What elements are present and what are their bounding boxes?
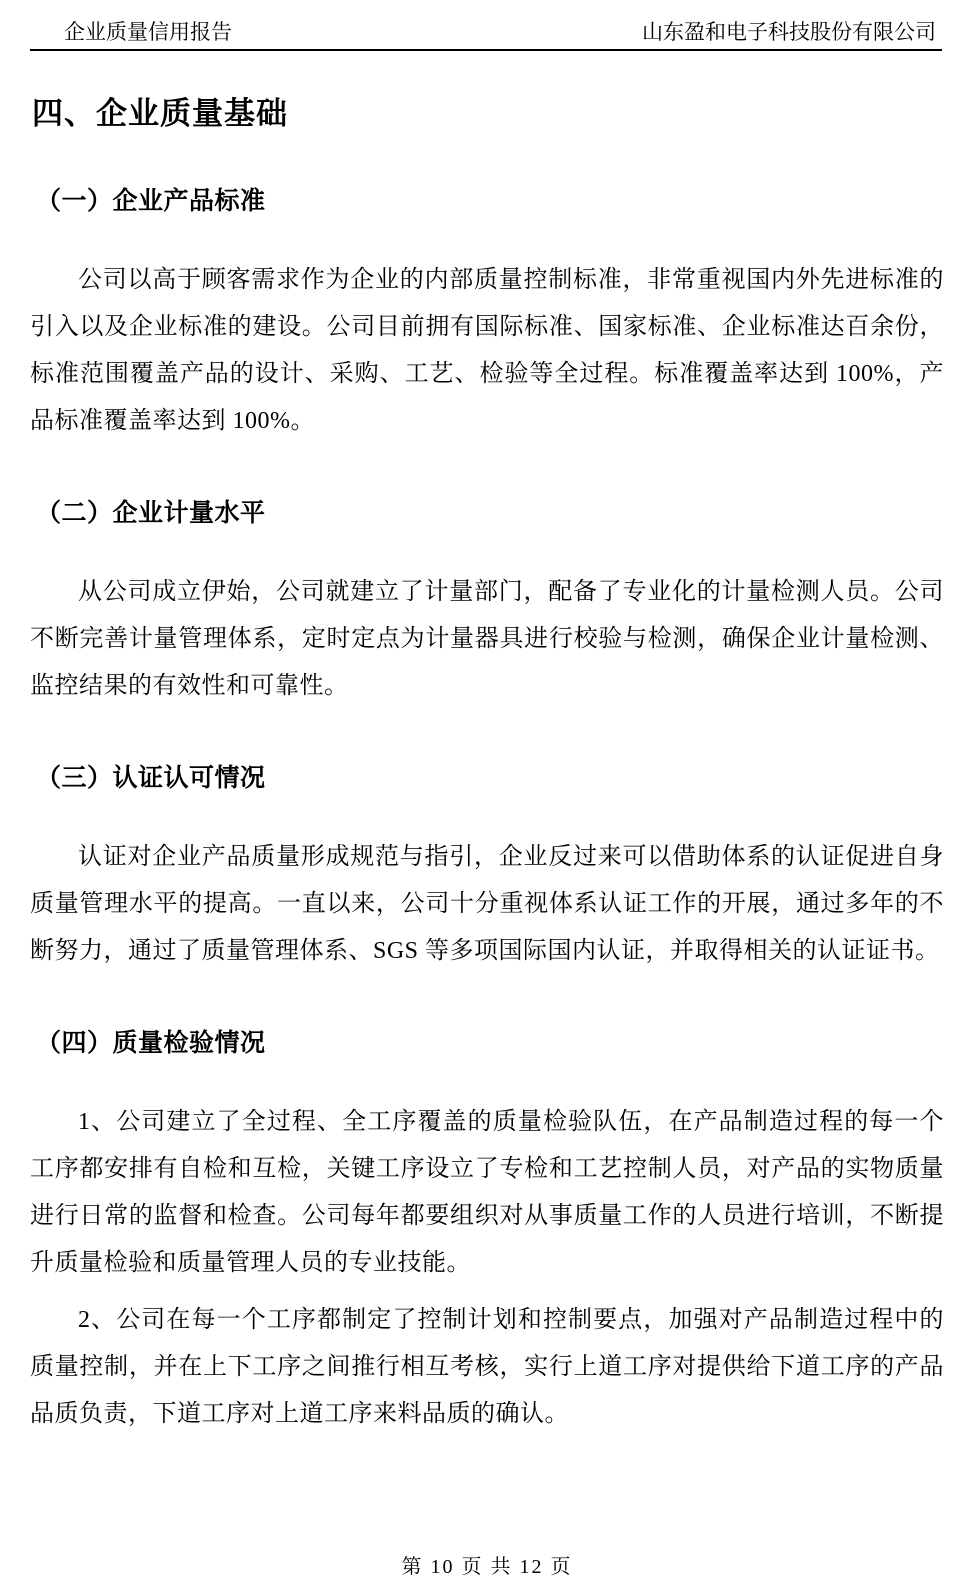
header-company-name: 山东盈和电子科技股份有限公司 [642,18,936,46]
section-heading-product-standards: （一）企业产品标准 [36,185,944,217]
page-number: 第 10 页 共 12 页 [0,1550,974,1579]
section-heading-metrology-level: （二）企业计量水平 [36,497,944,529]
page-header: 企业质量信用报告 山东盈和电子科技股份有限公司 [34,18,940,46]
page-title: 四、企业质量基础 [32,95,944,133]
section-quality-inspection-paragraph-2: 2、公司在每一个工序都制定了控制计划和控制要点，加强对产品制造过程中的质量控制，… [30,1297,944,1438]
document-page: 企业质量信用报告 山东盈和电子科技股份有限公司 四、企业质量基础 （一）企业产品… [0,0,974,1593]
section-heading-quality-inspection: （四）质量检验情况 [36,1027,944,1059]
header-divider [30,49,942,51]
section-heading-certification-status: （三）认证认可情况 [36,762,944,794]
section-certification-status-paragraph: 认证对企业产品质量形成规范与指引，企业反过来可以借助体系的认证促进自身质量管理水… [30,834,944,975]
header-report-title: 企业质量信用报告 [64,18,232,46]
section-product-standards-paragraph: 公司以高于顾客需求作为企业的内部质量控制标准，非常重视国内外先进标准的引入以及企… [30,257,944,445]
section-quality-inspection-paragraph-1: 1、公司建立了全过程、全工序覆盖的质量检验队伍，在产品制造过程的每一个工序都安排… [30,1099,944,1287]
section-metrology-level-paragraph: 从公司成立伊始，公司就建立了计量部门，配备了专业化的计量检测人员。公司不断完善计… [30,569,944,710]
